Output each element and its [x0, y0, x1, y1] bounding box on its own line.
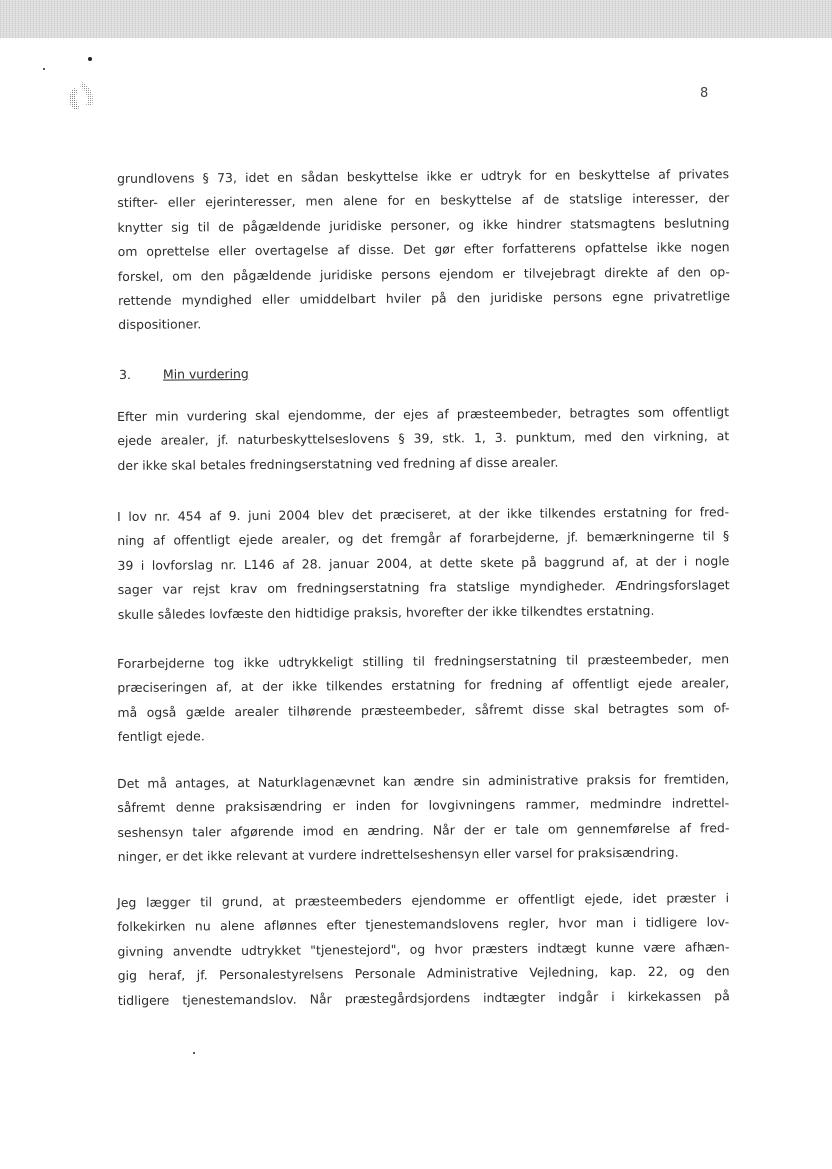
scan-speck: [43, 68, 45, 70]
scan-speck: [193, 1052, 195, 1054]
paragraph: grundlovens § 73, idet en sådan beskytte…: [117, 162, 730, 338]
paragraph-lov-454: I lov nr. 454 af 9. juni 2004 blev det p…: [117, 500, 730, 627]
section-heading: 3. Min vurdering: [119, 366, 249, 382]
text-line: fentligt ejede.: [118, 720, 730, 749]
logo-icon: [62, 80, 102, 116]
section-title: Min vurdering: [163, 366, 249, 382]
scan-artifact-band: [0, 0, 832, 38]
paragraph: Efter min vurdering skal ejendomme, der …: [117, 400, 730, 478]
paragraph-vurdering: Efter min vurdering skal ejendomme, der …: [117, 400, 730, 478]
paragraph-praesteembeder: Jeg lægger til grund, at præsteembeders …: [117, 886, 730, 1013]
text-line: ejede arealer, jf. naturbeskyttelseslove…: [117, 425, 729, 454]
text-line: ninger, er det ikke relevant at vurdere …: [118, 840, 730, 869]
text-line: må også gælde arealer tilhørende præstee…: [117, 696, 729, 725]
paragraph-continuation: grundlovens § 73, idet en sådan beskytte…: [117, 162, 730, 338]
paragraph: Det må antages, at Naturklagenævnet kan …: [117, 767, 730, 869]
paragraph: Forarbejderne tog ikke udtrykkeligt stil…: [117, 647, 730, 749]
text-line: tidligere tjenestemandslov. Når præstegå…: [118, 984, 730, 1013]
paragraph: I lov nr. 454 af 9. juni 2004 blev det p…: [117, 500, 730, 627]
page-number: 8: [700, 86, 708, 101]
scan-speck: [88, 57, 92, 61]
text-line: der ikke skal betales fredningserstatnin…: [117, 449, 729, 478]
text-line: skulle således lovfæste den hidtidige pr…: [118, 598, 730, 627]
paragraph: Jeg lægger til grund, at præsteembeders …: [117, 886, 730, 1013]
paragraph-forarbejderne: Forarbejderne tog ikke udtrykkeligt stil…: [117, 647, 730, 749]
paragraph-naturklagenaevnet: Det må antages, at Naturklagenævnet kan …: [117, 767, 730, 869]
section-number: 3.: [119, 367, 159, 382]
text-line: dispositioner.: [118, 309, 730, 338]
